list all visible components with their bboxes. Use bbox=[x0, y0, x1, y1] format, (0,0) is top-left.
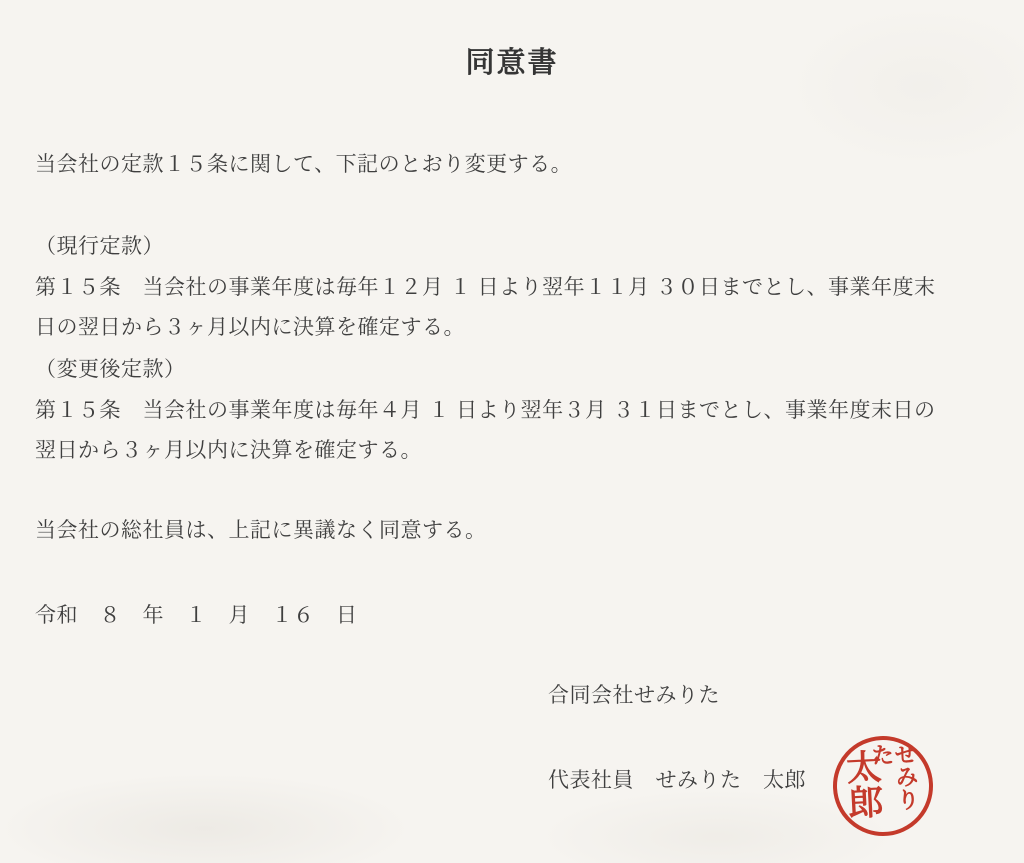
consent-statement: 当会社の総社員は、上記に異議なく同意する。 bbox=[35, 514, 487, 544]
hanko-seal-text-left: 太郎 bbox=[843, 748, 882, 830]
current-article-line-2: 日の翌日から３ヶ月以内に決算を確定する。 bbox=[35, 311, 465, 341]
scanned-consent-document: 同意書 当会社の定款１５条に関して、下記のとおり変更する。 （現行定款） 第１５… bbox=[0, 0, 1024, 863]
current-articles-label: （現行定款） bbox=[35, 230, 164, 260]
representative-name: 代表社員 せみりた 太郎 bbox=[548, 764, 806, 794]
revised-article-line-2: 翌日から３ヶ月以内に決算を確定する。 bbox=[35, 434, 422, 464]
revised-articles-label: （変更後定款） bbox=[35, 353, 186, 383]
document-title: 同意書 bbox=[0, 40, 1024, 81]
current-article-line-1: 第１５条 当会社の事業年度は毎年１２月 １ 日より翌年１１月 ３０日までとし、事… bbox=[35, 271, 936, 301]
intro-paragraph: 当会社の定款１５条に関して、下記のとおり変更する。 bbox=[35, 148, 572, 178]
company-name: 合同会社せみりた bbox=[548, 679, 720, 709]
document-date: 令和 ８ 年 １ 月 １６ 日 bbox=[35, 599, 358, 629]
revised-article-line-1: 第１５条 当会社の事業年度は毎年４月 １ 日より翌年３月 ３１日までとし、事業年… bbox=[35, 394, 936, 424]
hanko-seal-stamp: せみりた 太郎 bbox=[830, 733, 935, 838]
